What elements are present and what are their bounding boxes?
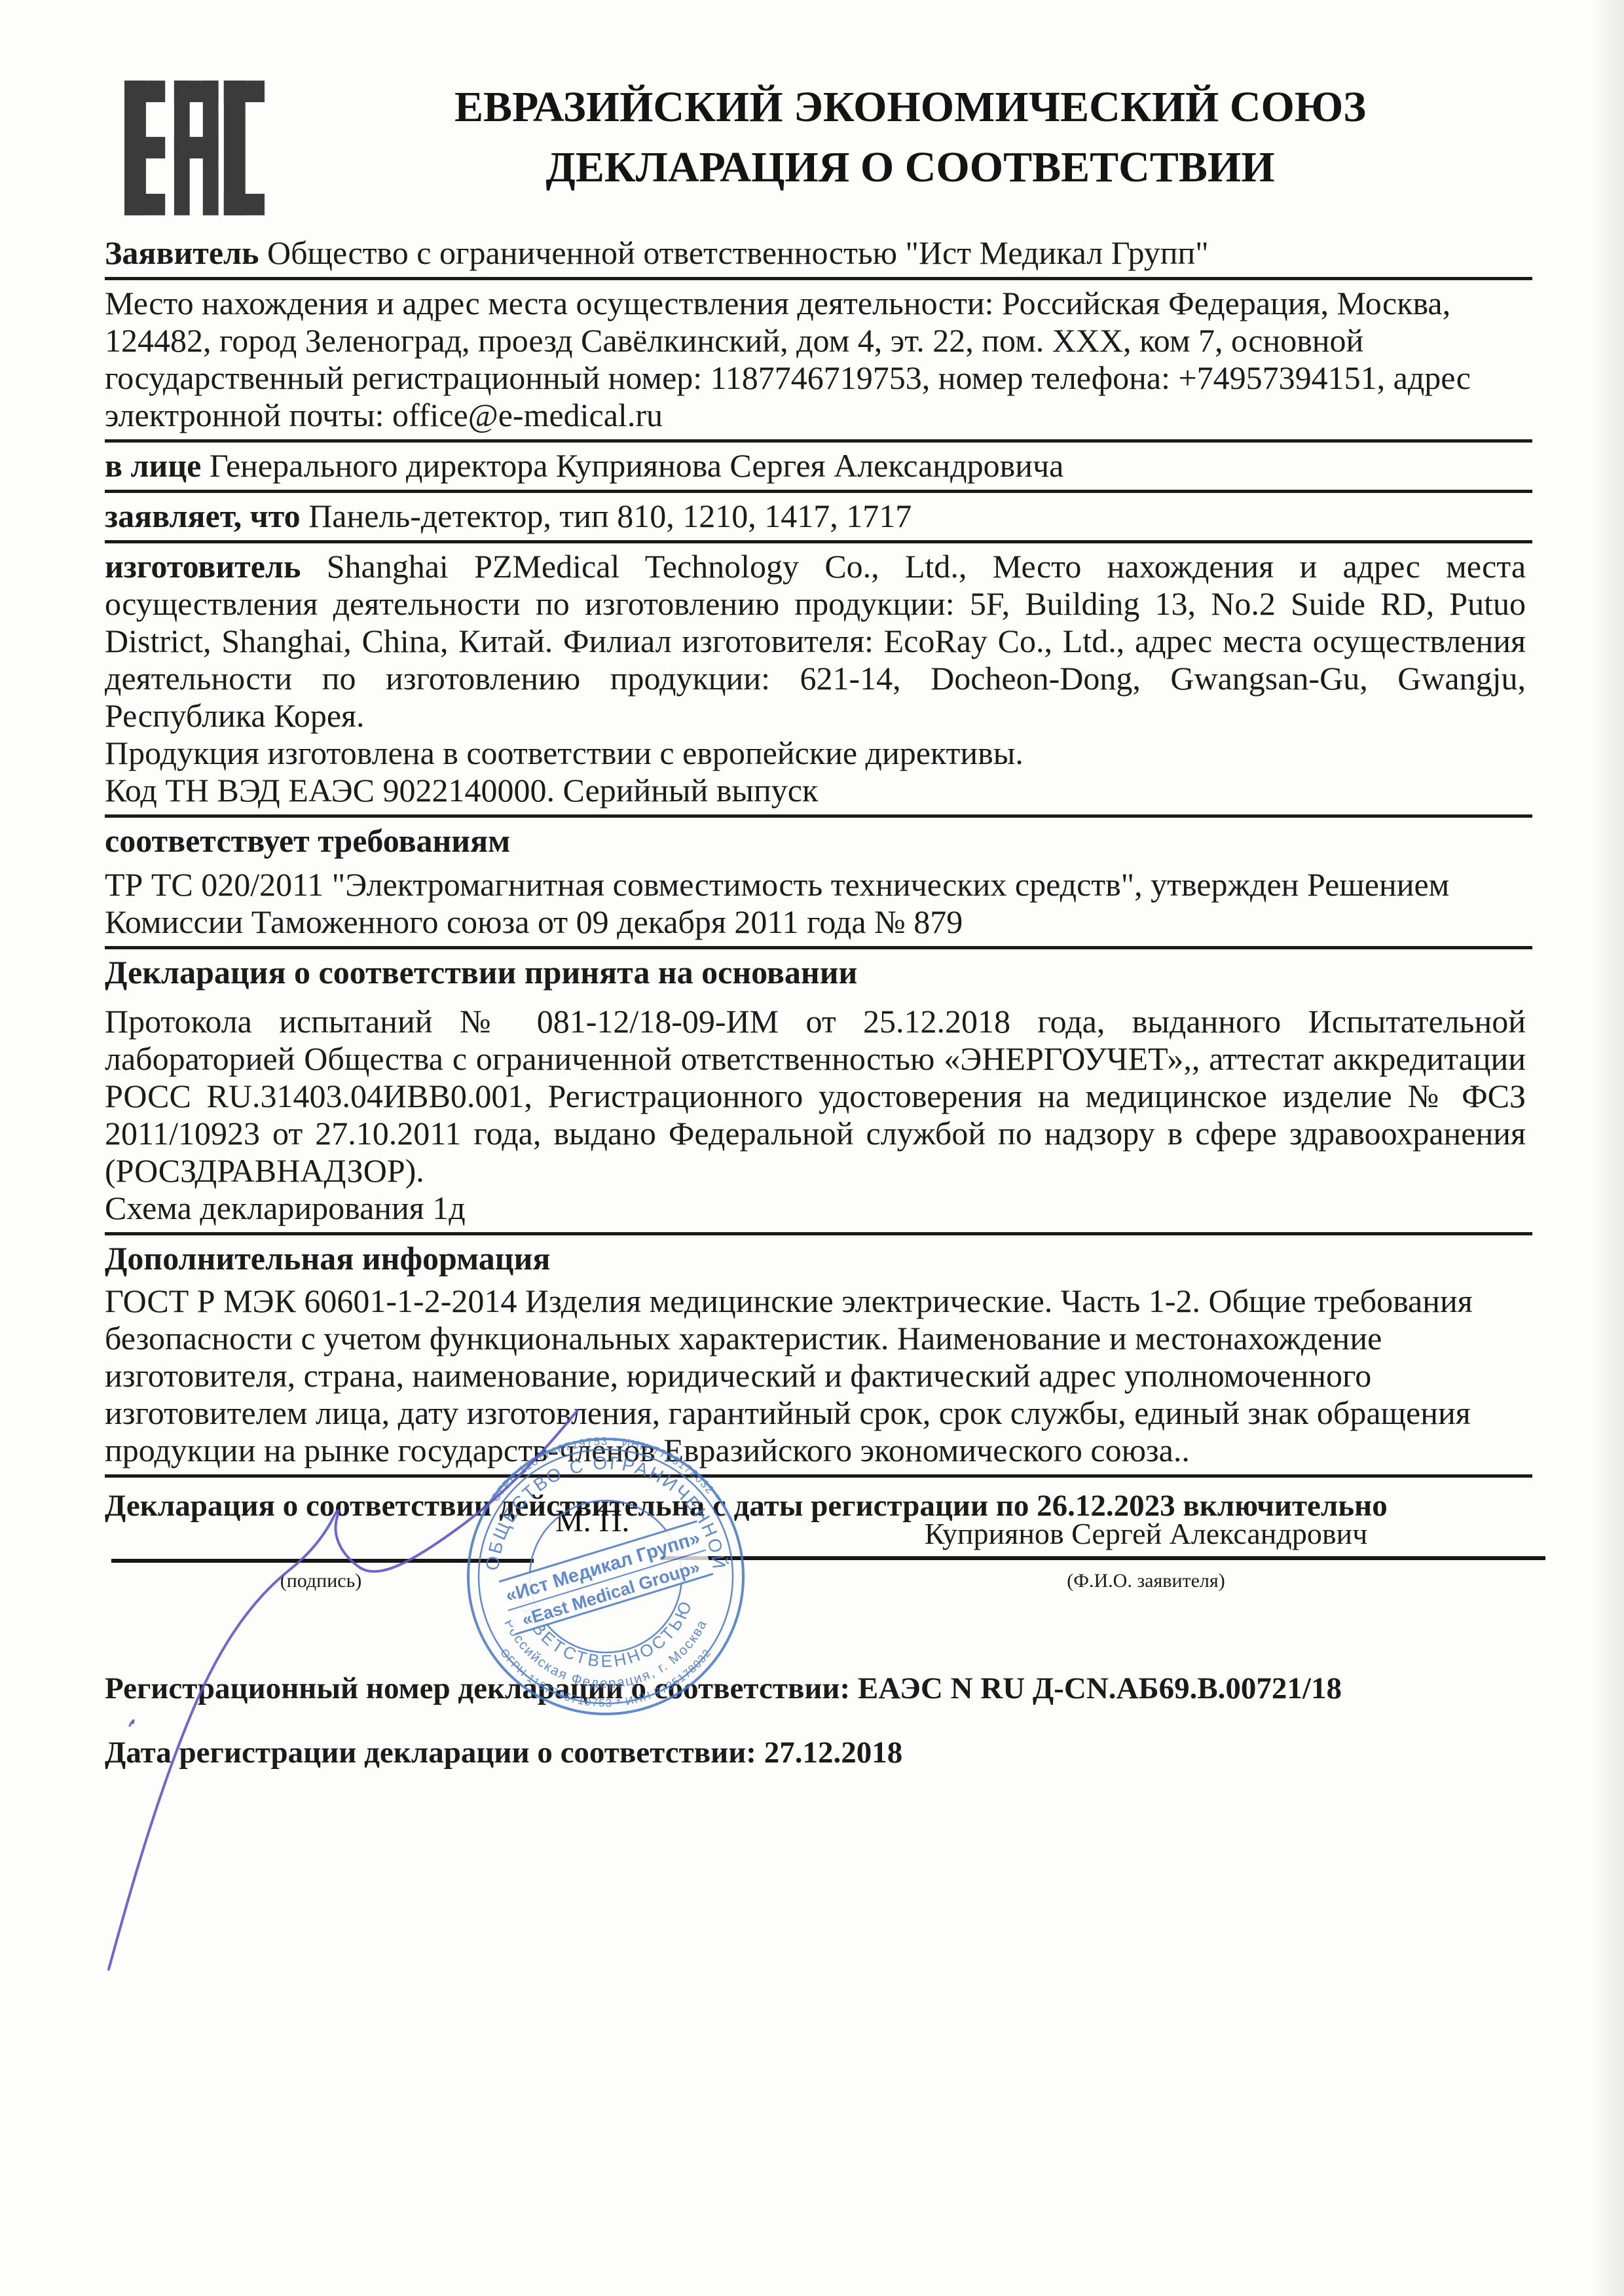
declarant-name-line bbox=[660, 1556, 1545, 1560]
complies-heading: соответствует требованиям bbox=[105, 822, 1526, 860]
stamp-company-name-en: «East Medical Group» bbox=[520, 1557, 703, 1630]
signature-line bbox=[111, 1559, 534, 1563]
document-title: ЕВРАЗИЙСКИЙ ЭКОНОМИЧЕСКИЙ СОЮЗ ДЕКЛАРАЦИ… bbox=[196, 77, 1624, 198]
made-in-accordance: Продукция изготовлена в соответствии с е… bbox=[105, 735, 1526, 772]
manufacturer-label: изготовитель bbox=[105, 548, 301, 585]
declarant-caption: (Ф.И.О. заявителя) bbox=[950, 1570, 1342, 1592]
declarant-name: Куприянов Сергей Александрович bbox=[779, 1516, 1513, 1551]
divider bbox=[105, 946, 1532, 949]
document-header: ЕВРАЗИЙСКИЙ ЭКОНОМИЧЕСКИЙ СОЮЗ ДЕКЛАРАЦИ… bbox=[105, 0, 1526, 224]
manufacturer-paragraph: изготовитель Shanghai PZMedical Technolo… bbox=[105, 548, 1526, 735]
divider bbox=[105, 1474, 1532, 1478]
divider bbox=[105, 814, 1532, 818]
manufacturer-value: Shanghai PZMedical Technology Co., Ltd.,… bbox=[105, 548, 1526, 734]
divider bbox=[105, 490, 1532, 493]
registration-number: Регистрационный номер декларации о соотв… bbox=[105, 1671, 1342, 1706]
additional-info-text: ГОСТ Р МЭК 60601-1-2-2014 Изделия медици… bbox=[105, 1283, 1526, 1469]
tn-ved-code: Код ТН ВЭД ЕАЭС 9022140000. Серийный вып… bbox=[105, 772, 1526, 809]
declares-value: Панель-детектор, тип 810, 1210, 1417, 17… bbox=[308, 498, 912, 534]
divider bbox=[105, 540, 1532, 543]
applicant-address: Место нахождения и адрес места осуществл… bbox=[105, 285, 1526, 434]
applicant-row: Заявитель Общество с ограниченной ответс… bbox=[105, 234, 1526, 272]
applicant-value: Общество с ограниченной ответственностью… bbox=[267, 234, 1209, 271]
applicant-label: Заявитель bbox=[105, 234, 259, 271]
complies-text: ТР ТС 020/2011 "Электромагнитная совмест… bbox=[105, 866, 1526, 941]
divider bbox=[105, 439, 1532, 443]
declaration-document: { "header": { "logo": "EAC", "title_line… bbox=[0, 0, 1624, 2296]
declares-row: заявляет, что Панель-детектор, тип 810, … bbox=[105, 498, 1526, 535]
scan-edge-shadow bbox=[1590, 0, 1624, 2296]
additional-info-heading: Дополнительная информация bbox=[105, 1240, 1526, 1277]
basis-text: Протокола испытаний № 081-12/18-09-ИМ от… bbox=[105, 1003, 1526, 1190]
stamp-org-bottom-arc: ОТВЕТСТВЕННОСТЬЮ bbox=[515, 1596, 697, 1671]
stamp-place-label: М. П. bbox=[555, 1503, 629, 1539]
declares-label: заявляет, что bbox=[105, 498, 301, 534]
title-union: ЕВРАЗИЙСКИЙ ЭКОНОМИЧЕСКИЙ СОЮЗ bbox=[196, 77, 1624, 137]
svg-text:ОТВЕТСТВЕННОСТЬЮ: ОТВЕТСТВЕННОСТЬЮ bbox=[515, 1596, 697, 1671]
divider bbox=[105, 277, 1532, 280]
in-person-row: в лице Генерального директора Куприянова… bbox=[105, 447, 1526, 484]
signature-caption: (подпись) bbox=[216, 1570, 426, 1592]
in-person-value: Генерального директора Куприянова Сергея… bbox=[210, 447, 1063, 484]
declaration-scheme: Схема декларирования 1д bbox=[105, 1190, 1526, 1227]
divider bbox=[105, 1232, 1532, 1235]
stamp-company-name-ru: «Ист Медикал Групп» bbox=[503, 1527, 703, 1607]
title-declaration: ДЕКЛАРАЦИЯ О СООТВЕТСТВИИ bbox=[196, 137, 1624, 198]
in-person-label: в лице bbox=[105, 447, 201, 484]
basis-heading: Декларация о соответствии принята на осн… bbox=[105, 954, 1526, 991]
registration-date: Дата регистрации декларации о соответств… bbox=[105, 1735, 902, 1770]
